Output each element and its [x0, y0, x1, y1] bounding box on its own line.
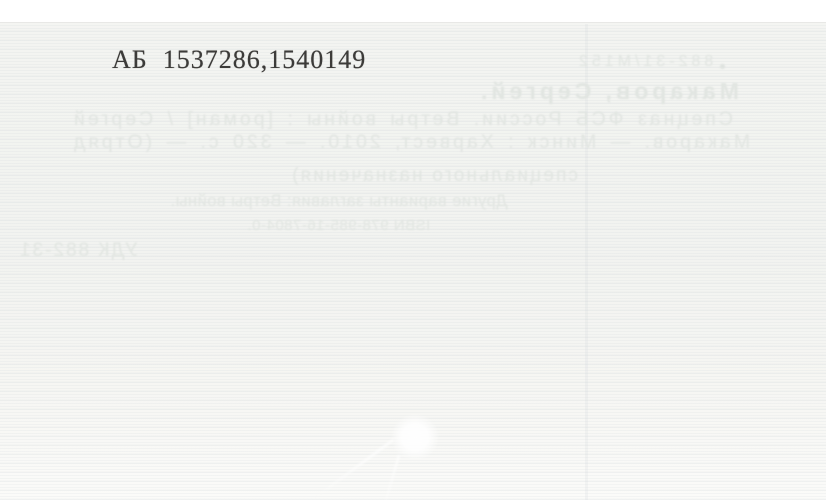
- bleed-udc-line: УДК 882-31: [18, 240, 138, 262]
- bleedthrough-mirrored-text: 882-31/М152 Макаров, Сергей. Спецназ ФСБ…: [0, 0, 826, 500]
- library-accession-stamp: АБ 1537286,1540149: [112, 45, 366, 75]
- scanline-texture: [0, 0, 826, 500]
- scan-scratch-line-lower: [385, 455, 400, 500]
- scan-smudge-circle: [391, 414, 439, 460]
- bleed-author-heading: Макаров, Сергей.: [477, 78, 739, 105]
- scan-scratch-line: [315, 439, 393, 498]
- bleed-call-number: 882-31/М152: [575, 53, 713, 71]
- bleed-description-line-1: Спецназ ФСБ России. Ветры войны : [роман…: [71, 108, 733, 131]
- scan-top-white-band: [0, 0, 826, 23]
- bleed-description-line-2: Макаров. — Минск : Харвест, 2010. — 320 …: [71, 131, 750, 154]
- scanned-page: АБ 1537286,1540149 882-31/М152 Макаров, …: [0, 0, 826, 500]
- bleed-variant-title-line: Другие варианты заглавия: Ветры войны.: [170, 192, 507, 211]
- bleed-isbn-line: ISBN 978-985-16-7804-0.: [247, 217, 430, 234]
- bleed-description-line-3: специального назначения): [290, 165, 578, 187]
- scanner-vertical-streak: [585, 24, 588, 500]
- ink-speck: [720, 64, 725, 69]
